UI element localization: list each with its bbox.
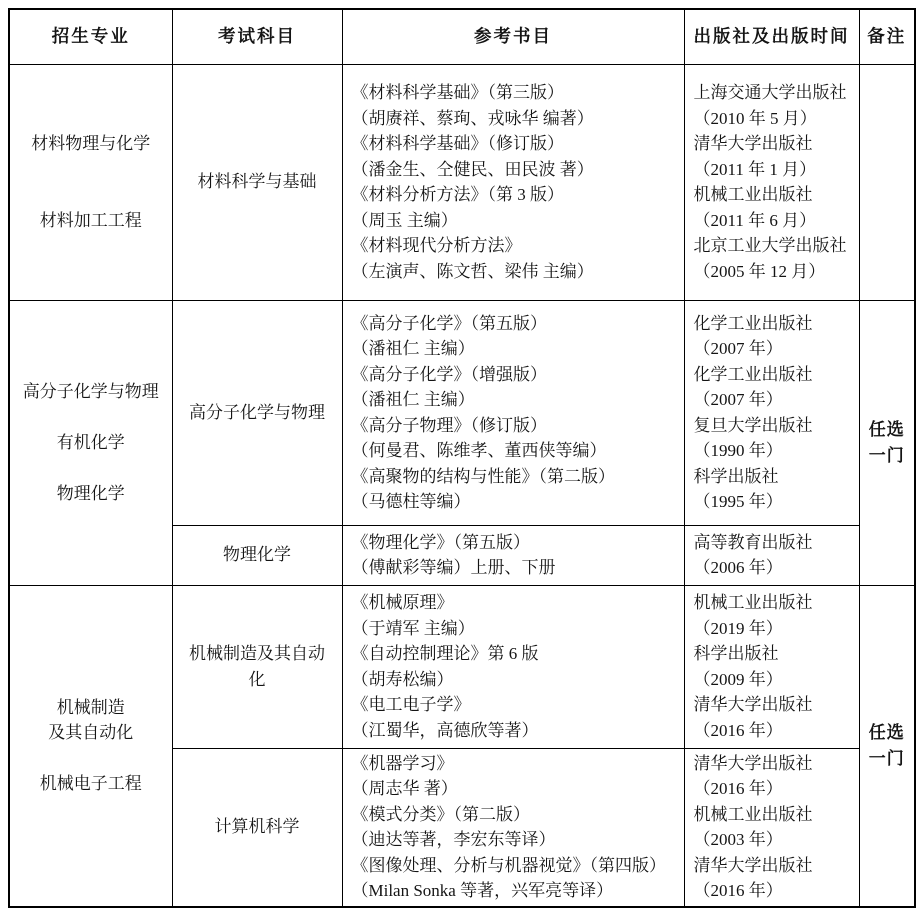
books-cell: 《材料科学基础》（第三版） （胡赓祥、蔡珣、戎咏华 编著） 《材料科学基础》（修… <box>342 64 684 300</box>
subject-cell: 计算机科学 <box>172 748 342 907</box>
table-row: 高分子化学与物理 有机化学 物理化学 高分子化学与物理 《高分子化学》（第五版）… <box>9 300 915 525</box>
remark-cell: 任选 一门 <box>859 300 915 585</box>
header-subject: 考试科目 <box>172 9 342 64</box>
reference-books-table: 招生专业 考试科目 参考书目 出版社及出版时间 备注 材料物理与化学 材料加工工… <box>8 8 916 908</box>
publishers-cell: 清华大学出版社 （2016 年） 机械工业出版社 （2003 年） 清华大学出版… <box>684 748 859 907</box>
header-remark: 备注 <box>859 9 915 64</box>
subject-cell: 物理化学 <box>172 525 342 585</box>
publishers-cell: 高等教育出版社 （2006 年） <box>684 525 859 585</box>
books-cell: 《物理化学》（第五版） （傅献彩等编）上册、下册 <box>342 525 684 585</box>
books-cell: 《高分子化学》（第五版） （潘祖仁 主编） 《高分子化学》（增强版） （潘祖仁 … <box>342 300 684 525</box>
publishers-cell: 上海交通大学出版社 （2010 年 5 月） 清华大学出版社 （2011 年 1… <box>684 64 859 300</box>
table-row: 机械制造 及其自动化 机械电子工程 机械制造及其自动 化 《机械原理》 （于靖军… <box>9 585 915 748</box>
books-cell: 《机械原理》 （于靖军 主编） 《自动控制理论》第 6 版 （胡寿松编） 《电工… <box>342 585 684 748</box>
remark-cell <box>859 64 915 300</box>
major-cell: 机械制造 及其自动化 机械电子工程 <box>9 585 172 907</box>
subject-cell: 高分子化学与物理 <box>172 300 342 525</box>
remark-cell: 任选 一门 <box>859 585 915 907</box>
document-page: 招生专业 考试科目 参考书目 出版社及出版时间 备注 材料物理与化学 材料加工工… <box>8 8 916 908</box>
books-cell: 《机器学习》 （周志华 著） 《模式分类》（第二版） （迪达等著，李宏东等译） … <box>342 748 684 907</box>
header-row: 招生专业 考试科目 参考书目 出版社及出版时间 备注 <box>9 9 915 64</box>
header-books: 参考书目 <box>342 9 684 64</box>
header-publisher: 出版社及出版时间 <box>684 9 859 64</box>
major-cell: 材料物理与化学 材料加工工程 <box>9 64 172 300</box>
major-cell: 高分子化学与物理 有机化学 物理化学 <box>9 300 172 585</box>
subject-cell: 材料科学与基础 <box>172 64 342 300</box>
publishers-cell: 机械工业出版社 （2019 年） 科学出版社 （2009 年） 清华大学出版社 … <box>684 585 859 748</box>
header-major: 招生专业 <box>9 9 172 64</box>
table-row: 材料物理与化学 材料加工工程 材料科学与基础 《材料科学基础》（第三版） （胡赓… <box>9 64 915 300</box>
subject-cell: 机械制造及其自动 化 <box>172 585 342 748</box>
publishers-cell: 化学工业出版社 （2007 年） 化学工业出版社 （2007 年） 复旦大学出版… <box>684 300 859 525</box>
